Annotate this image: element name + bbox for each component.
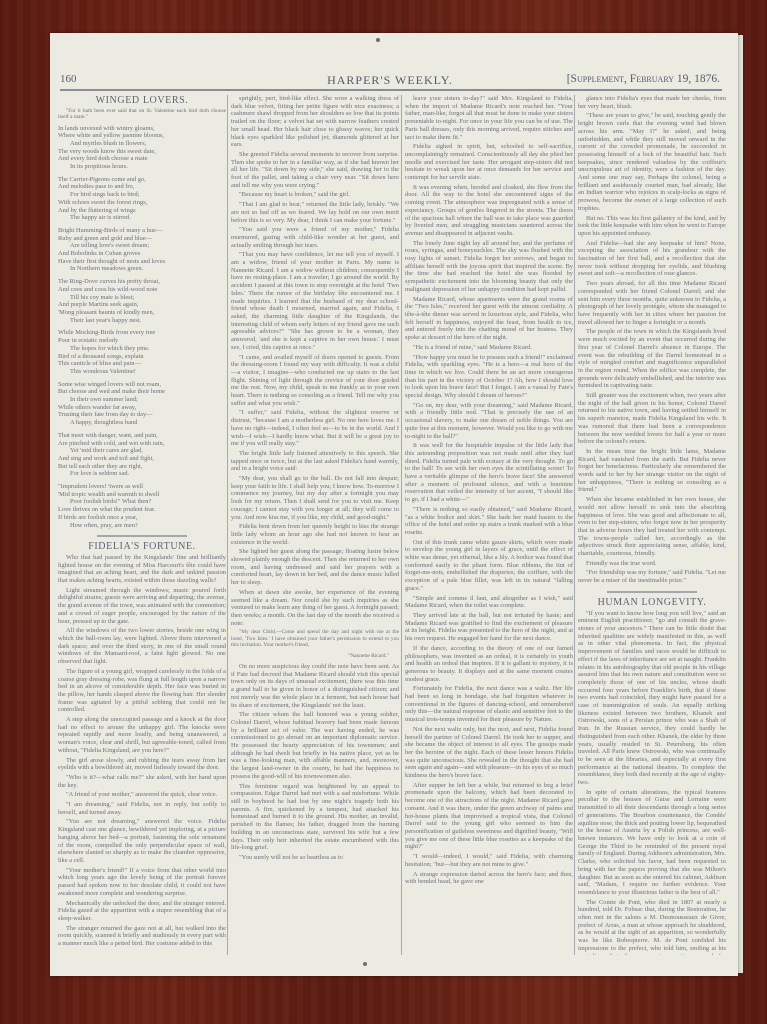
- paragraph: The girl arose slowly, and rubbing the t…: [58, 757, 226, 772]
- column-3: leave your sisters to-day?" said Mrs. Ki…: [405, 95, 573, 955]
- poem-line: In Northern meadows green.: [58, 265, 226, 273]
- paragraph: Who that had passed by the Kingslands' f…: [58, 554, 226, 585]
- poem-line: Are telling love's sweet dream;: [58, 242, 226, 250]
- paragraph: All the windows of the two lower stories…: [58, 627, 226, 666]
- paragraph: "For friendship was my fortune," said Fi…: [578, 569, 726, 584]
- poem-line: How often, pray, are men?: [58, 522, 226, 530]
- poem-line: That meet with danger, want, and pain,: [58, 432, 226, 440]
- poem-line: In lands unvexed with wintry gloams,: [58, 125, 226, 133]
- paragraph: "These are yours to give," he said, touc…: [578, 112, 726, 212]
- poem-line: And melodies pass to and fro,: [58, 183, 226, 191]
- paragraph: leave your sisters to-day?" said Mrs. Ki…: [405, 95, 573, 141]
- paragraph: Light streamed through the windows; musi…: [58, 587, 226, 626]
- paragraph: sprightly, pert, bird-like effect. She w…: [231, 95, 399, 149]
- poem-line: And by the fluttering of wings: [58, 207, 226, 215]
- paragraph: They arrived late at the ball, but not i…: [405, 612, 573, 643]
- paragraph: When at dawn she awoke, her experience o…: [231, 589, 399, 628]
- paragraph: Madame Ricard, whose apartments were the…: [405, 296, 573, 342]
- paragraph: "If you want to know how long you will l…: [578, 610, 726, 787]
- poem-line: Ruby and green and gold and blue—: [58, 235, 226, 243]
- poem-stanza: While Mocking-Birds from every treePour …: [58, 329, 226, 375]
- paragraph: "That I am glad to hear," returned the l…: [231, 201, 399, 224]
- pin-hole: [376, 38, 380, 42]
- paragraph: "I would—indeed, I would," said Fidelia,…: [405, 853, 573, 868]
- poem-line: Love thrives on what the prudent fear.: [58, 506, 226, 514]
- paragraph: "How happy you must be to possess such a…: [405, 354, 573, 400]
- poem-line: For love is seldom sad.: [58, 470, 226, 478]
- poem-stanza: The Carrier-Pigeons come and go,And melo…: [58, 176, 226, 222]
- poem-line: Have their first thought of nests and lo…: [58, 258, 226, 266]
- story-text: leave your sisters to-day?" said Mrs. Ki…: [405, 95, 573, 886]
- poem-line: For bird sings back to bird;: [58, 191, 226, 199]
- paragraph: Fidelia sighed in spirit, but, schooled …: [405, 143, 573, 182]
- paragraph: The figure of a young girl, wrapped care…: [58, 668, 226, 714]
- paragraph: The stranger returned the gaze not at al…: [58, 925, 226, 948]
- section-separator: [97, 535, 187, 537]
- paragraph: "Your mother's friend!" If a voice from …: [58, 867, 226, 898]
- poem-line: Their last year's happy nest.: [58, 317, 226, 325]
- poem-line: And myrtles blush in flowers,: [58, 140, 226, 148]
- poem-body: In lands unvexed with wintry gloams,Wher…: [58, 125, 226, 530]
- poem-stanza: That meet with danger, want, and pain,Ar…: [58, 432, 226, 478]
- poem-line: And purple Martins seek again,: [58, 301, 226, 309]
- paragraph: After supper he left her a while, but re…: [405, 782, 573, 851]
- stain-spot: [363, 962, 367, 966]
- paragraph: "Simple and comme il faut, and altogethe…: [405, 595, 573, 610]
- letter-signature: "Nannette Ricard.": [231, 653, 399, 659]
- paragraph: glance into Fidelia's eyes that made her…: [578, 95, 726, 110]
- paragraph: This feminine regard was heightened by a…: [231, 783, 399, 852]
- column-1: WINGED LOVERS. "For it hath been ever sa…: [58, 95, 226, 955]
- article-text: "If you want to know how long you will l…: [578, 610, 726, 955]
- poem-line: Yet 'mid their cares are glad,: [58, 447, 226, 455]
- column-2: sprightly, pert, bird-like effect. She w…: [231, 95, 399, 955]
- paragraph: "I came, and availed myself of doors ope…: [231, 354, 399, 408]
- poem-line: But choose and wed and make their home: [58, 388, 226, 396]
- poem-line: With echoes sweet the forest rings,: [58, 199, 226, 207]
- poem-line: Poor foolish birds!" What then?: [58, 498, 226, 506]
- section-separator: [607, 591, 697, 593]
- paragraph: The Comte de Pont, who died in 1807 at n…: [578, 899, 726, 955]
- poem-line: Bird of a thousand songs, explain: [58, 353, 226, 361]
- paragraph: Not the next waltz only, but the next, a…: [405, 726, 573, 780]
- poem-line: The happy air is stirred.: [58, 214, 226, 222]
- column-4: glance into Fidelia's eyes that made her…: [578, 95, 726, 955]
- poem-line: If birds are foolish once a year,: [58, 514, 226, 522]
- newspaper-page: 160 HARPER'S WEEKLY. [Supplement, Februa…: [50, 33, 738, 976]
- poem-line: Where white and yellow jasmine blooms,: [58, 132, 226, 140]
- paragraph: "You surely will not be so heartless as …: [231, 854, 399, 862]
- paragraph: She lighted her guest along the passage;…: [231, 548, 399, 587]
- poem-line: And coos and coos his wild-wood note: [58, 286, 226, 294]
- paragraph: "I am dreaming," said Fidelia, not in re…: [58, 801, 226, 816]
- column-rule: [227, 95, 228, 955]
- paragraph: In spite of certain alterations, the typ…: [578, 789, 726, 897]
- paragraph: But no. This was his first gallantry of …: [578, 215, 726, 238]
- poem-line: "Imprudent lovers! 'twere as well: [58, 483, 226, 491]
- paragraph: She greeted Fidelia several moments to r…: [231, 151, 399, 190]
- poem-line: In its propitious hours.: [58, 163, 226, 171]
- poem-line: 'Mid tropic wealth and warmth to dwell: [58, 491, 226, 499]
- poem-line: Trusting their fate from day to day—: [58, 411, 226, 419]
- poem-line: But tell each other they are right,: [58, 463, 226, 471]
- poem-line: While Mocking-Birds from every tree: [58, 329, 226, 337]
- paragraph: Friendly was the true word.: [578, 560, 726, 568]
- paragraph: When she became established in her own h…: [578, 496, 726, 558]
- paragraph: "There is nothing so easily obtained," s…: [405, 506, 573, 537]
- story-title: FIDELIA'S FORTUNE.: [58, 543, 226, 551]
- poem-line: This wondrous Valentine!: [58, 368, 226, 376]
- column-rule: [401, 95, 402, 955]
- paragraph: "He is a friend of mine," said Madame Ri…: [405, 344, 573, 352]
- poem-line: Some wise winged lovers will not roam,: [58, 381, 226, 389]
- poem-line: And every bird doth choose a mate: [58, 155, 226, 163]
- paragraph: It was well for the hospitable impulse o…: [405, 442, 573, 504]
- story-text: Who that had passed by the Kingslands' f…: [58, 554, 226, 948]
- column-rule: [574, 95, 575, 955]
- paragraph: "Who is it?—what calls me?" she asked, w…: [58, 774, 226, 789]
- poem-stanza: In lands unvexed with wintry gloams,Wher…: [58, 125, 226, 171]
- paragraph: A strange expression darted across the h…: [405, 871, 573, 886]
- paragraph: The people of the town in which the King…: [578, 328, 726, 390]
- paragraph: "You are not dreaming," answered the voi…: [58, 818, 226, 864]
- poem-line: While others wander far away,: [58, 404, 226, 412]
- page-header: 160 HARPER'S WEEKLY. [Supplement, Februa…: [60, 71, 720, 89]
- paragraph: "That you may have confidence, let me te…: [231, 251, 399, 351]
- paragraph: The lonely June night lay all around her…: [405, 240, 573, 294]
- paragraph: On no more auspicious day could the note…: [231, 663, 399, 709]
- poem-line: The very woods know this sweet date,: [58, 148, 226, 156]
- paragraph: Two years abroad, for all this time Mada…: [578, 280, 726, 326]
- letter-text: "My dear Child,—Come and spend the day a…: [231, 629, 399, 648]
- poem-line: The hopes for which they pine.: [58, 345, 226, 353]
- poem-stanza: Bright Humming-Birds of many a hue—Ruby …: [58, 227, 226, 273]
- poem-line: Are pinched with cold, and wet with rain…: [58, 440, 226, 448]
- paragraph: The bright little lady listened attentiv…: [231, 450, 399, 473]
- paragraph: A step along the unoccupied passage and …: [58, 716, 226, 755]
- story-text: sprightly, pert, bird-like effect. She w…: [231, 95, 399, 627]
- paragraph: The citizen whom the ball honored was a …: [231, 711, 399, 780]
- poem-title: WINGED LOVERS.: [58, 97, 226, 105]
- poem-line: A happy, thoughtless band: [58, 419, 226, 427]
- paragraph: "A friend of your mother," answered the …: [58, 791, 226, 799]
- header-rule: [60, 89, 722, 91]
- poem-stanza: "Imprudent lovers! 'twere as well'Mid tr…: [58, 483, 226, 529]
- poem-line: 'Mong pleasant haunts of kindly men,: [58, 309, 226, 317]
- article-title: HUMAN LONGEVITY.: [578, 599, 726, 607]
- paragraph: Out of this trunk came white gauze skirt…: [405, 539, 573, 593]
- poem-stanza: The Ring-Dove curves his pretty throat,A…: [58, 278, 226, 324]
- poem-line: And Bobolinks in Cuban groves: [58, 250, 226, 258]
- paragraph: "I suffer," said Fidelia, without the sl…: [231, 409, 399, 448]
- poem-line: And sing and work and toil and fight,: [58, 455, 226, 463]
- paragraph: "My dear, you shall go to the ball. Do n…: [231, 475, 399, 521]
- story-text: glance into Fidelia's eyes that made her…: [578, 95, 726, 585]
- paragraph: In the mean time the bright little lame,…: [578, 448, 726, 494]
- paragraph: Mechanically she unlocked the door, and …: [58, 900, 226, 923]
- paragraph: If the dance, according to the theory of…: [405, 645, 573, 684]
- paragraph: "Go on, my dear, with your dreaming," sa…: [405, 402, 573, 441]
- poem-epigraph: "For it hath been ever said that on St. …: [58, 108, 226, 121]
- issue-date: [Supplement, February 19, 1876.: [567, 73, 720, 85]
- poem-line: This canticle of bliss and pain—: [58, 360, 226, 368]
- paragraph: Fidelia bent down from her queenly heigh…: [231, 523, 399, 546]
- poem-line: Bright Humming-Birds of many a hue—: [58, 227, 226, 235]
- poem-line: Pour in ecstatic melody: [58, 337, 226, 345]
- paragraph: "You said you were a friend of my mother…: [231, 226, 399, 249]
- poem-line: In their own summer land;: [58, 396, 226, 404]
- paragraph: It was evening when, hooded and cloaked,…: [405, 184, 573, 238]
- poem-line: The Carrier-Pigeons come and go,: [58, 176, 226, 184]
- poem-stanza: Some wise winged lovers will not roam,Bu…: [58, 381, 226, 427]
- paragraph: Fortunately for Fidelia, the next dance …: [405, 685, 573, 724]
- poem-line: Till his coy mate is blest;: [58, 294, 226, 302]
- poem-line: The Ring-Dove curves his pretty throat,: [58, 278, 226, 286]
- story-text: On no more auspicious day could the note…: [231, 663, 399, 862]
- paragraph: And Fidelia—had she any keepsake of him?…: [578, 240, 726, 279]
- paragraph: Still greater was the excitement when, t…: [578, 392, 726, 446]
- paragraph: "Because my heart is broken," said the g…: [231, 191, 399, 199]
